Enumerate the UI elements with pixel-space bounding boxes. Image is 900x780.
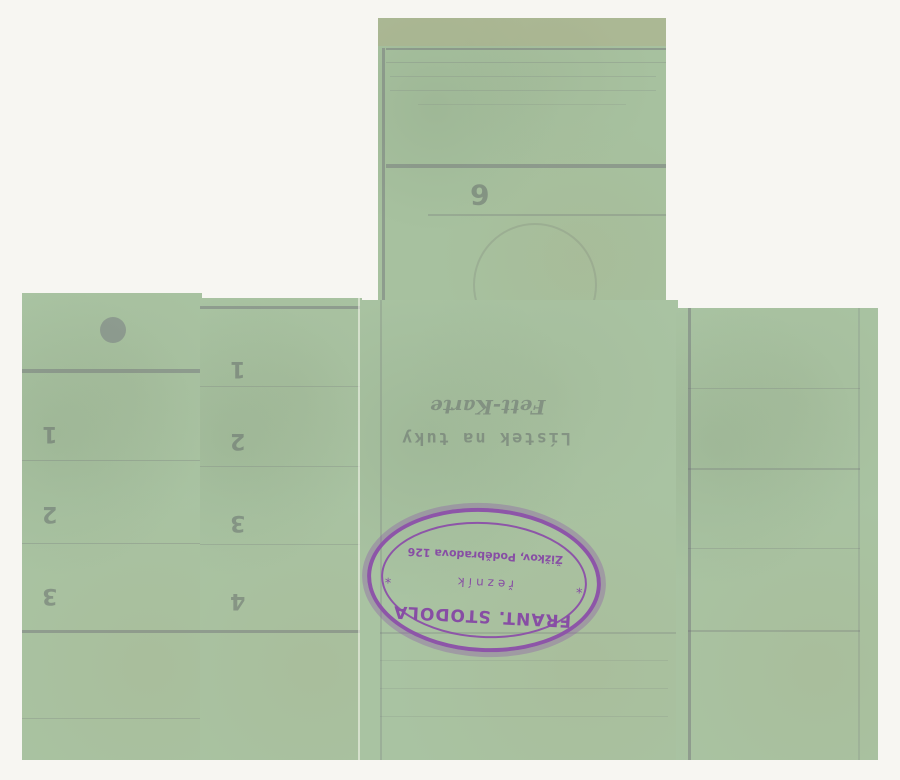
rule — [688, 388, 860, 389]
rule — [380, 300, 382, 760]
text-line — [390, 76, 656, 77]
coupon-number: 1 — [42, 421, 57, 446]
flap-edge — [378, 18, 666, 46]
coupon-number: 4 — [230, 588, 245, 613]
punch-hole — [100, 317, 126, 343]
coupon-number: 2 — [42, 501, 57, 526]
text-line — [390, 90, 656, 91]
coupon-number: 3 — [230, 510, 245, 535]
card-title-czech: Lístek na tuky — [400, 428, 571, 448]
text-line — [380, 660, 668, 661]
rule — [22, 460, 202, 461]
text-line — [380, 716, 668, 717]
rule — [22, 718, 202, 719]
rule — [688, 548, 860, 549]
coupon-number: 2 — [230, 428, 245, 453]
rule — [200, 466, 362, 467]
rule — [200, 630, 362, 633]
coupon-number: 1 — [230, 356, 245, 381]
rule — [858, 308, 860, 760]
coupon-column-right — [676, 308, 878, 760]
flap-number: 6 — [470, 178, 489, 211]
rule — [386, 48, 666, 50]
rule — [688, 468, 860, 470]
rule — [688, 630, 860, 632]
rule — [22, 369, 202, 373]
rule — [382, 48, 385, 318]
text-line — [380, 688, 668, 689]
text-line — [418, 104, 626, 105]
top-flap: 6 — [378, 18, 666, 318]
coupon-column-left: 1 2 3 4 — [22, 293, 202, 760]
stamp-star-right: * — [385, 570, 392, 585]
rule — [22, 630, 202, 633]
rule — [428, 214, 666, 216]
rule — [386, 62, 666, 63]
card-title-german: Fett-Karte — [430, 395, 545, 419]
rule — [688, 308, 691, 760]
rule — [200, 544, 362, 545]
rule — [386, 164, 666, 168]
rule — [200, 306, 362, 309]
stamp-star-left: * — [576, 580, 583, 595]
rule — [200, 386, 362, 387]
rule — [22, 543, 202, 544]
coupon-column-middle: 1 2 3 4 — [200, 298, 362, 760]
